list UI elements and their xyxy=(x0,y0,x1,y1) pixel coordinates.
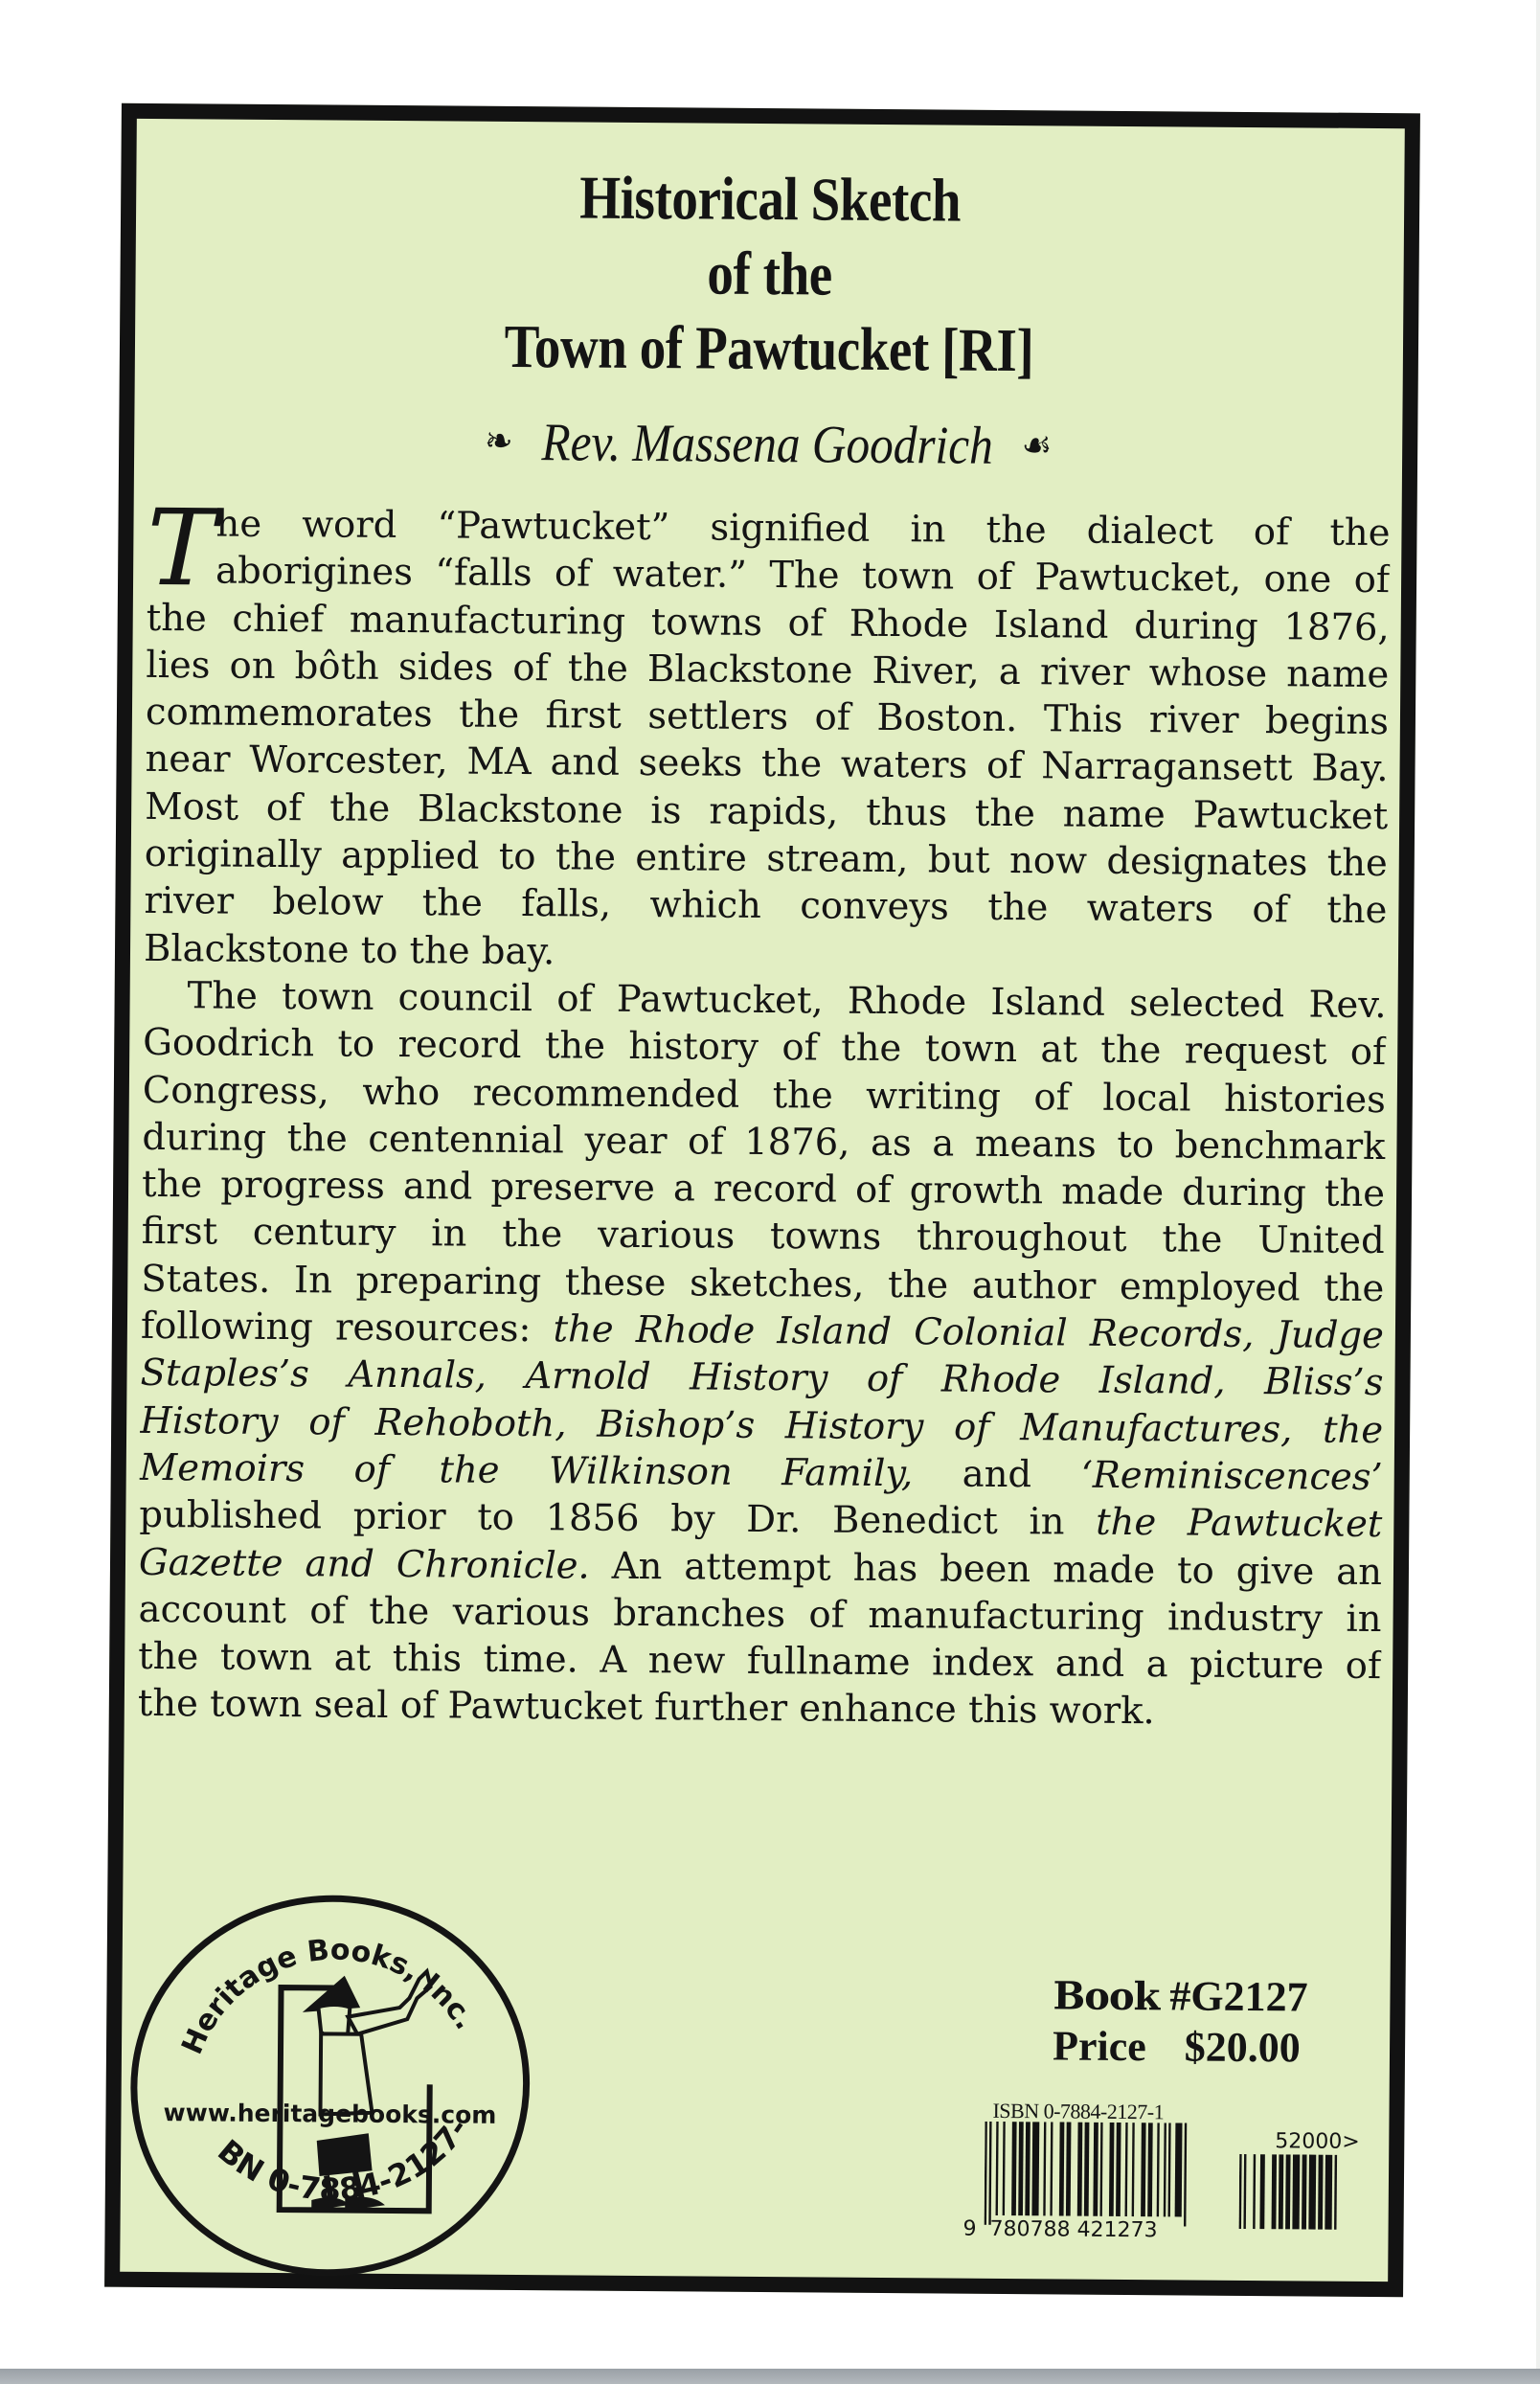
price-addon-barcode-bars xyxy=(1239,2154,1359,2239)
book-number: #G2127 xyxy=(1169,1972,1308,2020)
text-line: the town seal of Pawtucket further enhan… xyxy=(138,1680,1381,1737)
svg-text:ISBN 0-7884-2127-1: ISBN 0-7884-2127-1 xyxy=(120,1862,478,2209)
scan-edge-right xyxy=(1536,0,1540,2370)
heritage-books-seal: Heritage Books, Inc. www.heritagebooks.c… xyxy=(120,1862,544,2286)
ean-digits: 9 780788 421273 xyxy=(962,2219,1157,2242)
description-paragraph-1: he word “Pawtucket” signified in the dia… xyxy=(144,500,1391,982)
book-title: Historical Sketch of the Town of Pawtuck… xyxy=(223,158,1315,391)
title-line-1: Historical Sketch xyxy=(225,158,1316,241)
description-paragraph-2: The town council of Pawtucket, Rhode Isl… xyxy=(138,972,1387,1737)
book-info: Book #G2127 Price$20.00 xyxy=(1053,1970,1308,2073)
book-description: T he word “Pawtucket” signified in the d… xyxy=(138,500,1391,1737)
barcode-isbn-label: ISBN 0-7884-2127-1 xyxy=(992,2100,1164,2123)
book-number-row: Book #G2127 xyxy=(1053,1970,1308,2023)
scan-edge-bottom xyxy=(0,2369,1540,2384)
price-label: Price xyxy=(1053,2022,1146,2070)
author-line: ❧Rev. Massena Goodrich☙ xyxy=(210,408,1326,479)
fleuron-left-icon: ❧ xyxy=(485,420,513,463)
author-name: Rev. Massena Goodrich xyxy=(541,413,993,476)
drop-cap: T xyxy=(147,502,217,595)
title-line-2: of the xyxy=(224,233,1315,316)
ean-barcode-bars xyxy=(985,2122,1225,2227)
price-value: $20.00 xyxy=(1185,2023,1301,2071)
price-row: Price$20.00 xyxy=(1053,2021,1308,2073)
title-line-3: Town of Pawtucket [RI] xyxy=(223,307,1314,391)
isbn-barcode: ISBN 0-7884-2127-1 9 780788 421273 52000… xyxy=(962,2100,1366,2247)
book-label: Book xyxy=(1053,1973,1159,2019)
fleuron-right-icon: ☙ xyxy=(1022,423,1053,466)
addon-digits: 52000> xyxy=(1275,2131,1360,2153)
back-cover-panel: Historical Sketch of the Town of Pawtuck… xyxy=(104,103,1420,2298)
